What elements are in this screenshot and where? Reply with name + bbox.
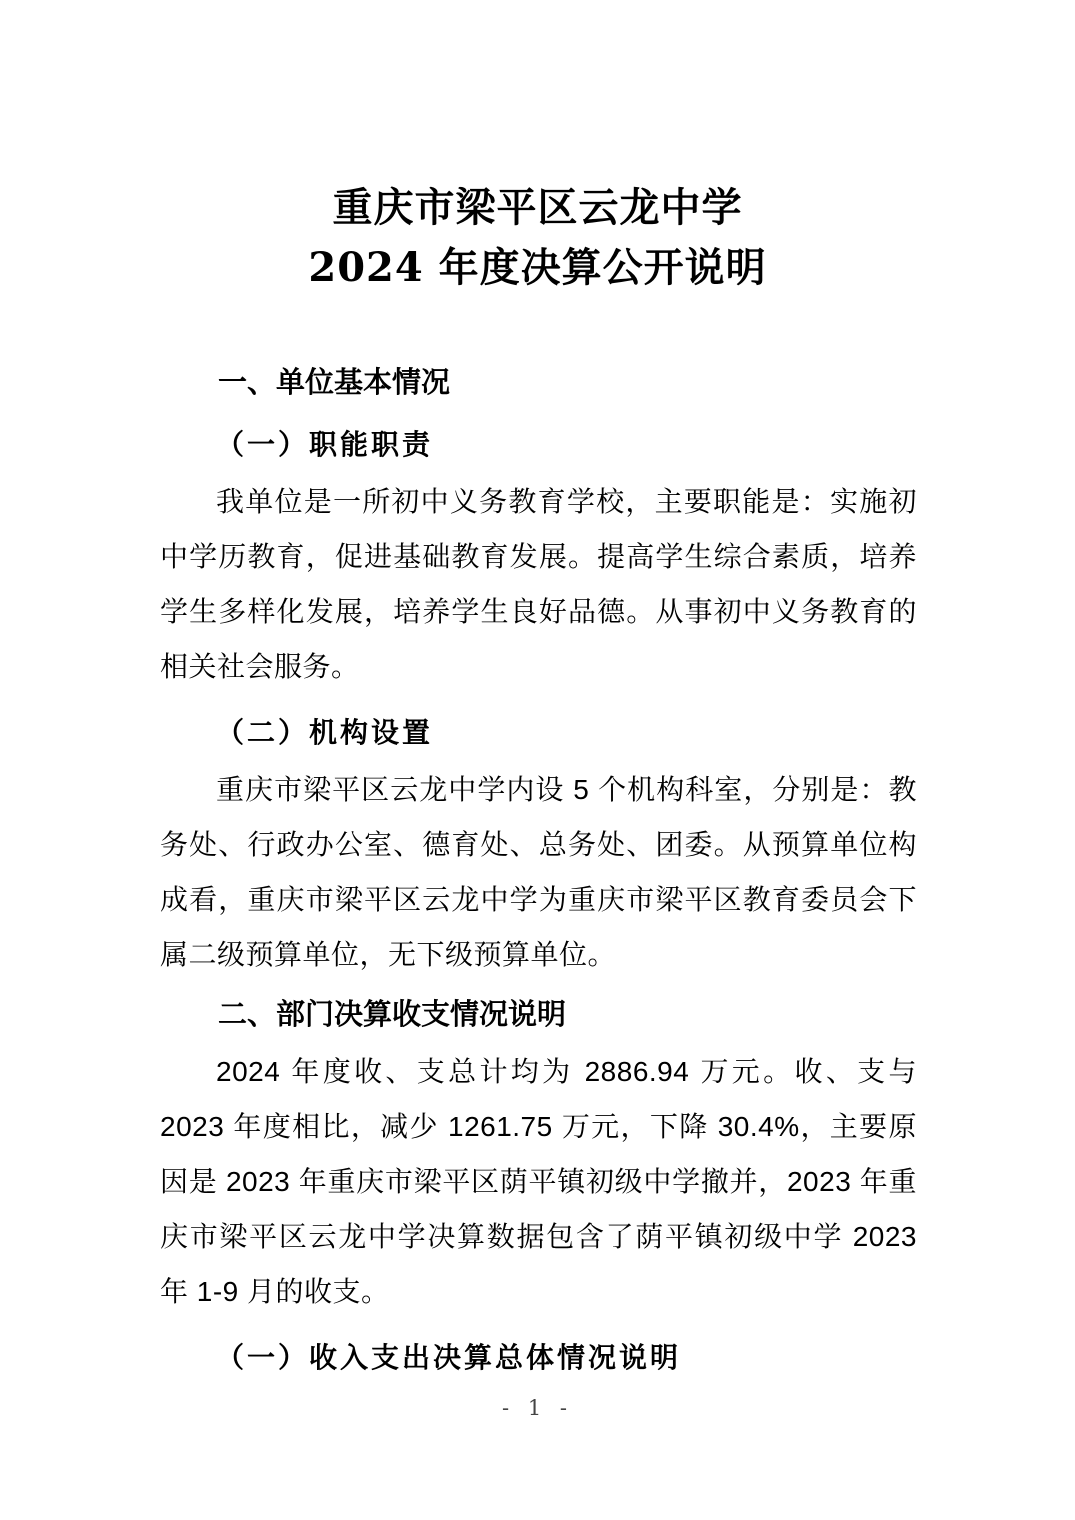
document-body: 一、单位基本情况 （一）职能职责 我单位是一所初中义务教育学校，主要职能是：实施… — [160, 360, 917, 1381]
subsection-heading-income-expenditure-overview: （一）收入支出决算总体情况说明 — [160, 1335, 917, 1381]
subsection-heading-duties: （一）职能职责 — [160, 422, 917, 468]
section-heading-unit-basic-info: 一、单位基本情况 — [160, 360, 917, 406]
document-page: 重庆市梁平区云龙中学 2024 年度决算公开说明 一、单位基本情况 （一）职能职… — [0, 0, 1075, 1520]
document-title-line1: 重庆市梁平区云龙中学 — [0, 178, 1075, 238]
paragraph-org-structure: 重庆市梁平区云龙中学内设 5 个机构科室，分别是：教务处、行政办公室、德育处、总… — [160, 762, 917, 982]
subsection-heading-org-structure: （二）机构设置 — [160, 710, 917, 756]
document-title-line2: 2024 年度决算公开说明 — [0, 238, 1075, 298]
paragraph-final-accounts-summary: 2024 年度收、支总计均为 2886.94 万元。收、支与 2023 年度相比… — [160, 1044, 917, 1319]
section-heading-final-accounts: 二、部门决算收支情况说明 — [160, 992, 917, 1038]
page-number: - 1 - — [0, 1396, 1075, 1420]
paragraph-duties: 我单位是一所初中义务教育学校，主要职能是：实施初中学历教育，促进基础教育发展。提… — [160, 474, 917, 694]
